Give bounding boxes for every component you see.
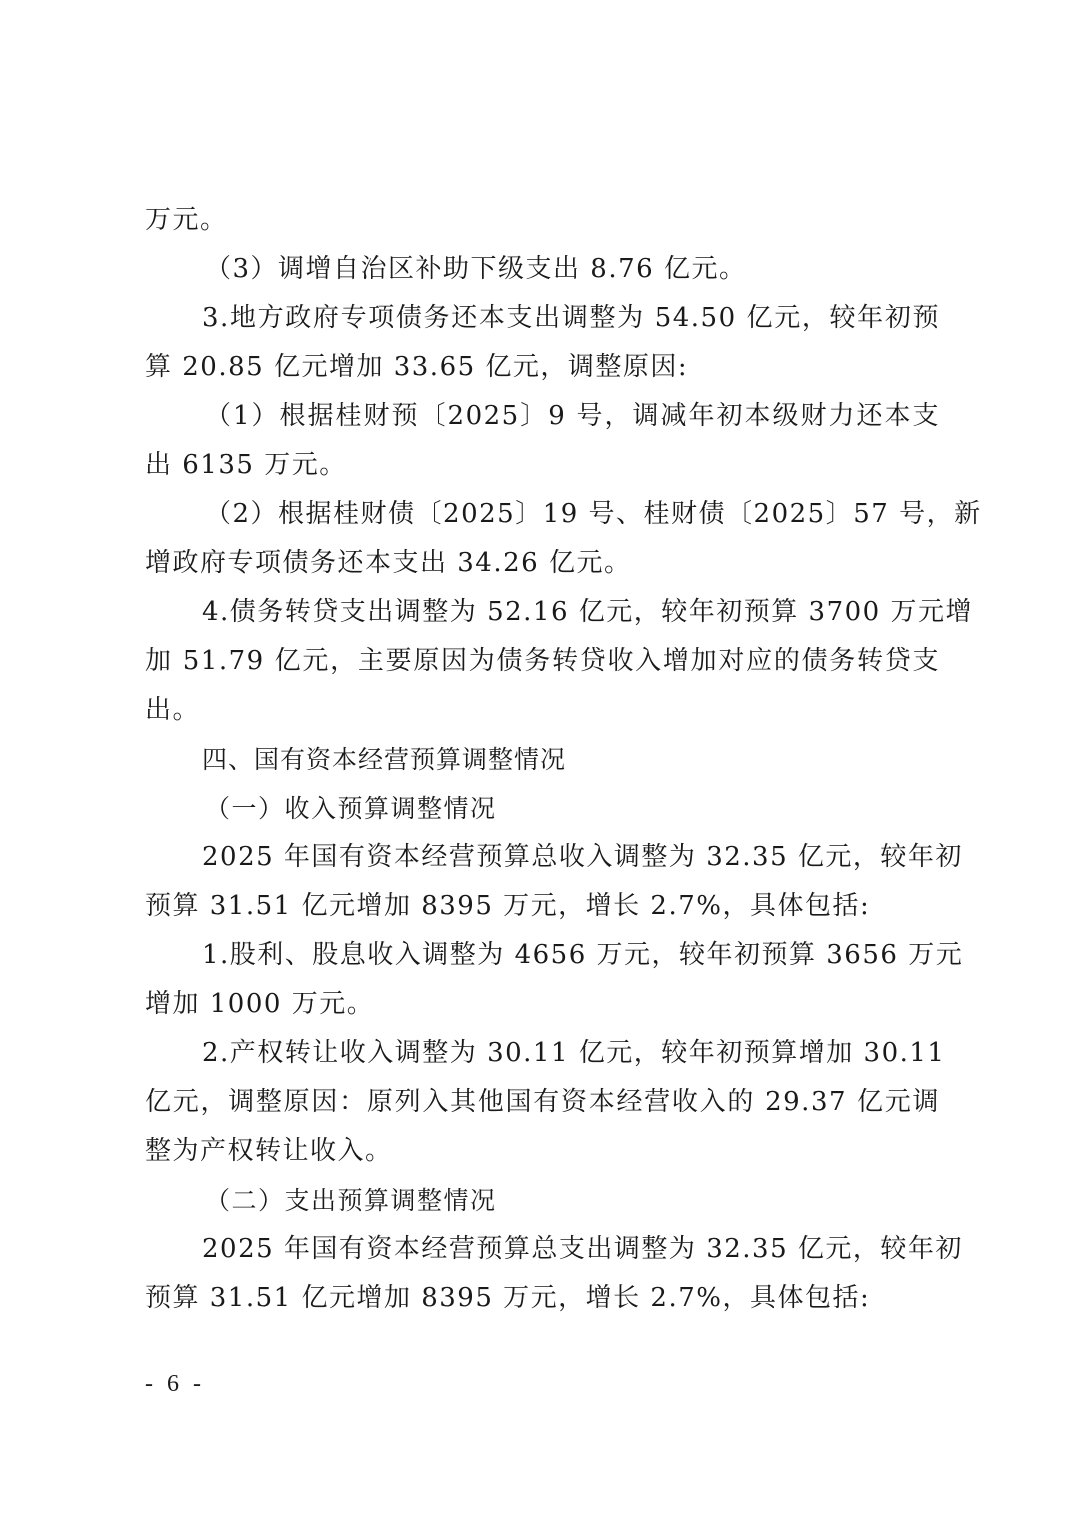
paragraph-property-transfer: 2.产权转让收入调整为 30.11 亿元，较年初预算增加 30.11 bbox=[145, 1029, 940, 1078]
paragraph-dividend: 1.股利、股息收入调整为 4656 万元，较年初预算 3656 万元 bbox=[145, 931, 940, 980]
list-item-3: （3）调增自治区补助下级支出 8.76 亿元。 bbox=[145, 245, 940, 294]
paragraph-expenditure-summary: 2025 年国有资本经营预算总支出调整为 32.35 亿元，较年初 bbox=[145, 1225, 940, 1274]
list-item-2: （2）根据桂财债〔2025〕19 号、桂财债〔2025〕57 号，新 bbox=[145, 490, 940, 539]
section-heading: 四、国有资本经营预算调整情况 bbox=[145, 735, 940, 784]
list-item-1: （1）根据桂财预〔2025〕9 号，调减年初本级财力还本支 bbox=[145, 392, 940, 441]
text-line: 预算 31.51 亿元增加 8395 万元，增长 2.7%，具体包括: bbox=[145, 882, 940, 931]
text-line: 整为产权转让收入。 bbox=[145, 1127, 940, 1176]
text-line: 出。 bbox=[145, 686, 940, 735]
paragraph-item-3: 3.地方政府专项债务还本支出调整为 54.50 亿元，较年初预 bbox=[145, 294, 940, 343]
text-line: 增加 1000 万元。 bbox=[145, 980, 940, 1029]
subsection-heading-income: （一）收入预算调整情况 bbox=[145, 784, 940, 833]
subsection-heading-expenditure: （二）支出预算调整情况 bbox=[145, 1176, 940, 1225]
text-line: 预算 31.51 亿元增加 8395 万元，增长 2.7%，具体包括: bbox=[145, 1274, 940, 1323]
text-line: 加 51.79 亿元，主要原因为债务转贷收入增加对应的债务转贷支 bbox=[145, 637, 940, 686]
text-line: 亿元，调整原因：原列入其他国有资本经营收入的 29.37 亿元调 bbox=[145, 1078, 940, 1127]
page-number: - 6 - bbox=[145, 1364, 205, 1404]
paragraph-item-4: 4.债务转贷支出调整为 52.16 亿元，较年初预算 3700 万元增 bbox=[145, 588, 940, 637]
text-line: 增政府专项债务还本支出 34.26 亿元。 bbox=[145, 539, 940, 588]
document-body: 万元。 （3）调增自治区补助下级支出 8.76 亿元。 3.地方政府专项债务还本… bbox=[145, 196, 940, 1323]
text-line: 万元。 bbox=[145, 196, 940, 245]
text-line: 出 6135 万元。 bbox=[145, 441, 940, 490]
text-line: 算 20.85 亿元增加 33.65 亿元，调整原因: bbox=[145, 343, 940, 392]
paragraph-income-summary: 2025 年国有资本经营预算总收入调整为 32.35 亿元，较年初 bbox=[145, 833, 940, 882]
